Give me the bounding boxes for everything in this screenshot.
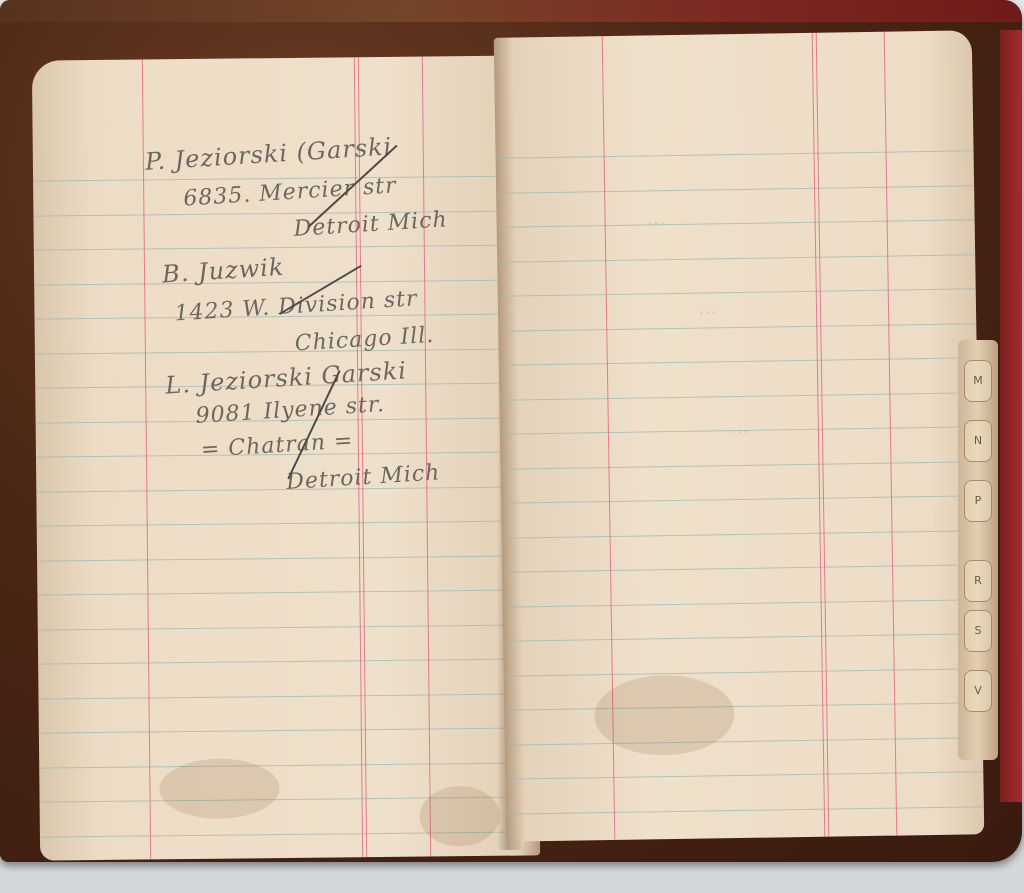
index-tab-p[interactable]: P: [964, 480, 992, 522]
ruled-line: [505, 771, 983, 780]
ruled-line: [37, 555, 537, 561]
ruled-line: [498, 323, 976, 332]
right-page: ... ... ...: [494, 30, 985, 841]
ruled-line: [37, 520, 537, 526]
index-tab-n[interactable]: N: [964, 420, 992, 462]
stain: [159, 758, 280, 819]
ghost-impression: ...: [646, 205, 665, 229]
index-tabs: M N P R S V: [958, 340, 998, 760]
ruled-line: [504, 668, 982, 677]
ruled-line: [497, 254, 975, 263]
ruled-line: [503, 599, 981, 608]
ruled-line: [497, 219, 975, 228]
ruled-line: [501, 495, 979, 504]
index-tab-s[interactable]: S: [964, 610, 992, 652]
index-tab-r[interactable]: R: [964, 560, 992, 602]
ruled-line: [39, 727, 539, 733]
entry-2-city: Chicago Ill.: [294, 323, 435, 357]
ruled-line: [38, 624, 538, 630]
entry-2-street: 1423 W. Division str: [174, 286, 418, 326]
ruled-line: [504, 702, 982, 711]
ruled-line: [34, 244, 534, 250]
index-tab-m[interactable]: M: [964, 360, 992, 402]
ruled-line: [502, 564, 980, 573]
ruled-line: [502, 530, 980, 539]
ruled-line: [37, 589, 537, 595]
entry-3-city: = Chatran =: [200, 428, 354, 463]
left-page: P. Jeziorski (Garski 6835. Mercier str D…: [32, 55, 540, 860]
ruled-line: [39, 762, 539, 768]
stain: [419, 786, 500, 847]
ruled-line: [499, 357, 977, 366]
stain: [594, 674, 735, 756]
entry-3-city2: Detroit Mich: [286, 460, 441, 495]
ruled-line: [39, 693, 539, 699]
ruled-line: [506, 806, 984, 815]
ruled-line: [33, 210, 533, 216]
ruled-line: [498, 288, 976, 297]
ruled-line: [503, 633, 981, 642]
ruled-line: [505, 737, 983, 746]
ruled-line: [499, 392, 977, 401]
ruled-line: [38, 658, 538, 664]
ghost-impression: ...: [730, 414, 749, 438]
ruled-line: [35, 348, 535, 354]
entry-2-name: B. Juzwik: [161, 253, 285, 289]
index-tab-v[interactable]: V: [964, 670, 992, 712]
ruled-line: [500, 461, 978, 470]
ruled-line: [496, 150, 974, 159]
ghost-impression: ...: [698, 294, 717, 318]
ruled-line: [496, 185, 974, 194]
